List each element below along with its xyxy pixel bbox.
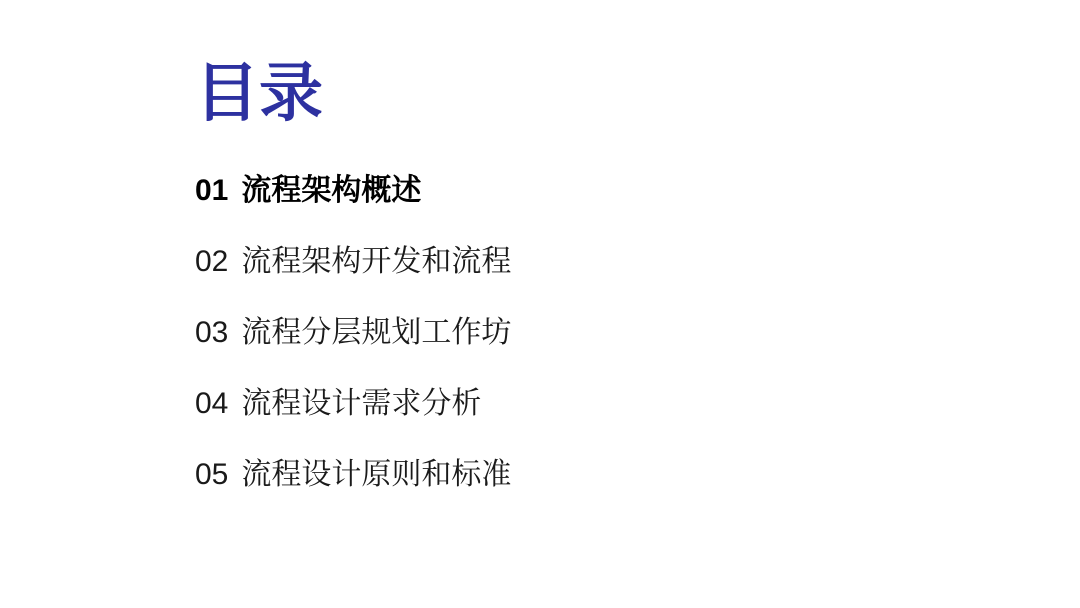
toc-slide: 目录 01 流程架构概述 02 流程架构开发和流程 03 流程分层规划工作坊 0…: [0, 0, 1080, 608]
toc-item-label: 流程设计需求分析: [241, 384, 481, 424]
toc-item-number: 05: [195, 455, 228, 495]
toc-item-01: 01 流程架构概述: [195, 171, 511, 211]
toc-item-05: 05 流程设计原则和标准: [195, 455, 511, 495]
toc-item-label: 流程分层规划工作坊: [241, 313, 511, 353]
toc-item-label: 流程架构概述: [241, 171, 421, 211]
toc-item-03: 03 流程分层规划工作坊: [195, 313, 511, 353]
toc-item-number: 02: [195, 242, 228, 282]
toc-item-label: 流程架构开发和流程: [241, 242, 511, 282]
toc-item-02: 02 流程架构开发和流程: [195, 242, 511, 282]
toc-item-number: 03: [195, 313, 228, 353]
page-title: 目录: [195, 52, 323, 135]
toc-item-04: 04 流程设计需求分析: [195, 384, 511, 424]
toc-item-number: 01: [195, 171, 228, 211]
toc-list: 01 流程架构概述 02 流程架构开发和流程 03 流程分层规划工作坊 04 流…: [195, 171, 511, 495]
toc-item-label: 流程设计原则和标准: [241, 455, 511, 495]
toc-item-number: 04: [195, 384, 228, 424]
